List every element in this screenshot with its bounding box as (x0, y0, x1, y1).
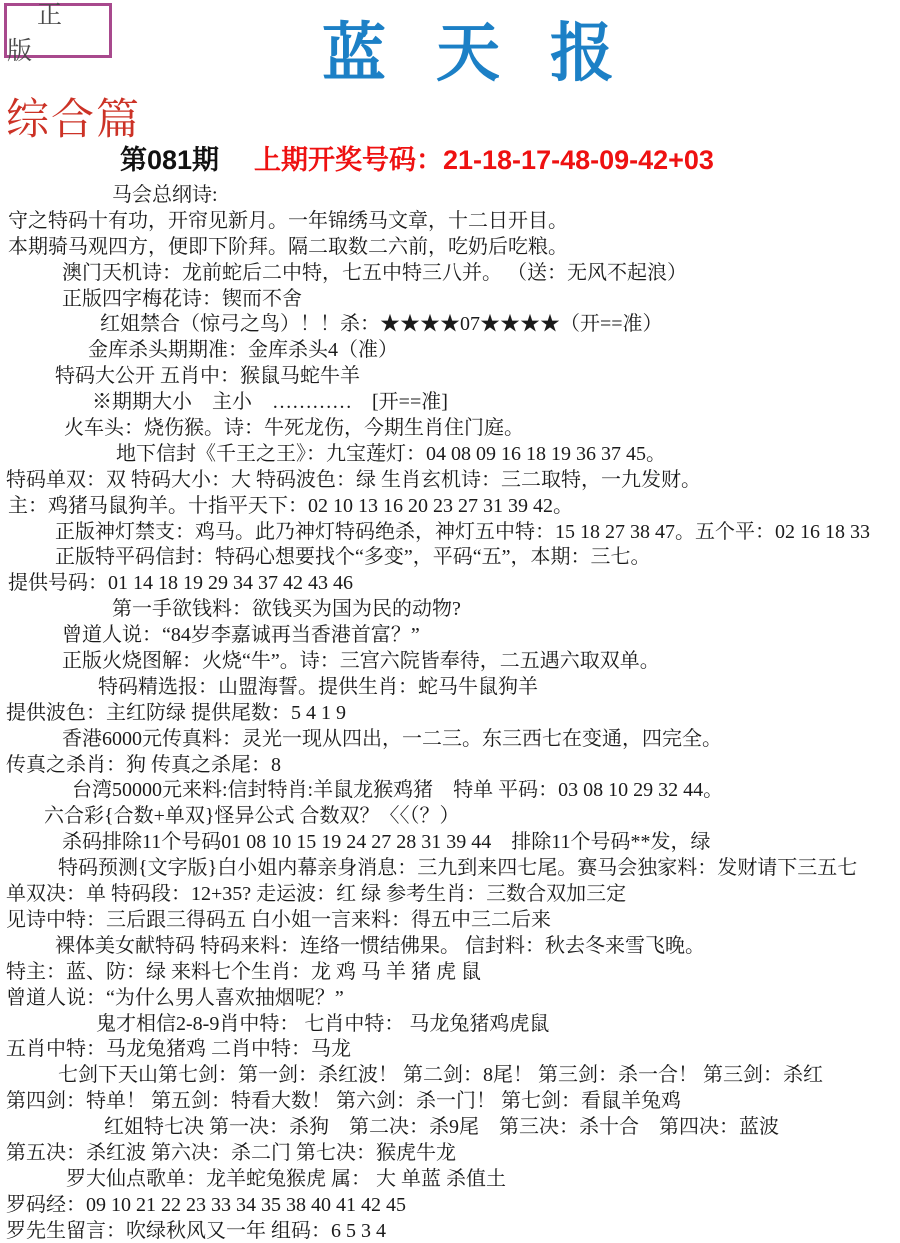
report-line: 台湾50000元来料:信封特肖:羊鼠龙猴鸡猪 特单 平码：03 08 10 29… (0, 778, 900, 804)
report-line: 正版火烧图解：火烧“牛”。诗：三宫六院皆奉待，二五遇六取双单。 (0, 649, 900, 675)
report-line: 罗先生留言：吹绿秋风又一年 组码：6 5 3 4 (0, 1219, 900, 1243)
report-line: 金库杀头期期准：金库杀头4（准） (0, 338, 900, 364)
report-line: 第四剑：特单！ 第五剑：特看大数！ 第六剑：杀一门！ 第七剑：看鼠羊兔鸡 (0, 1089, 900, 1115)
report-line: 单双决：单 特码段：12+35? 走运波：红 绿 参考生肖：三数合双加三定 (0, 882, 900, 908)
report-line: 澳门天机诗：龙前蛇后二中特，七五中特三八并。 （送：无风不起浪） (0, 261, 900, 287)
report-line: 正版神灯禁支：鸡马。此乃神灯特码绝杀，神灯五中特：15 18 27 38 47。… (0, 520, 900, 546)
report-line: 五肖中特：马龙兔猪鸡 二肖中特：马龙 (0, 1037, 900, 1063)
report-line: 鬼才相信2-8-9肖中特： 七肖中特： 马龙兔猪鸡虎鼠 (0, 1012, 900, 1038)
report-line: 提供波色：主红防绿 提供尾数：5 4 1 9 (0, 701, 900, 727)
report-line: 曾道人说：“为什么男人喜欢抽烟呢？” (0, 986, 900, 1012)
report-line: ※期期大小 主小 ………… [开==准] (0, 390, 900, 416)
report-line: 马会总纲诗: (0, 183, 900, 209)
report-line: 六合彩{合数+单双}怪异公式 合数双？〈〈（？） (0, 804, 900, 830)
report-line: 火车头：烧伤猴。诗：牛死龙伤，今期生肖住门庭。 (0, 416, 900, 442)
report-line: 地下信封《千王之王》：九宝莲灯：04 08 09 16 18 19 36 37 … (0, 442, 900, 468)
report-line: 提供号码：01 14 18 19 29 34 37 42 43 46 (0, 571, 900, 597)
report-line: 七剑下天山第七剑：第一剑：杀红波！ 第二剑：8尾！ 第三剑：杀一合！ 第三剑：杀… (0, 1063, 900, 1089)
report-line: 传真之杀肖：狗 传真之杀尾：8 (0, 753, 900, 779)
report-line: 杀码排除11个号码01 08 10 15 19 24 27 28 31 39 4… (0, 830, 900, 856)
report-line: 罗大仙点歌单：龙羊蛇兔猴虎 属： 大 单蓝 杀值土 (0, 1167, 900, 1193)
report-line: 特码单双：双 特码大小：大 特码波色：绿 生肖玄机诗：三二取特，一九发财。 (0, 468, 900, 494)
report-line: 第五决：杀红波 第六决：杀二门 第七决：猴虎牛龙 (0, 1141, 900, 1167)
authenticity-badge: 正版 (4, 3, 112, 58)
report-line: 正版四字梅花诗：锲而不舍 (0, 287, 900, 313)
report-line: 特码大公开 五肖中：猴鼠马蛇牛羊 (0, 364, 900, 390)
report-line: 主：鸡猪马鼠狗羊。十指平天下：02 10 13 16 20 23 27 31 3… (0, 494, 900, 520)
badge-label: 正版 (7, 0, 109, 67)
report-line: 红姐特七决 第一决：杀狗 第二决：杀9尾 第三决：杀十合 第四决：蓝波 (0, 1115, 900, 1141)
report-line: 守之特码十有功，开帘见新月。一年锦绣马文章，十二日开目。 (0, 209, 900, 235)
report-line: 特码精选报：山盟海誓。提供生肖：蛇马牛鼠狗羊 (0, 675, 900, 701)
report-line: 罗码经：09 10 21 22 23 33 34 35 38 40 41 42 … (0, 1193, 900, 1219)
masthead-title: 蓝天报 (322, 2, 664, 94)
report-line: 曾道人说：“84岁李嘉诚再当香港首富？” (0, 623, 900, 649)
report-line: 红姐禁合（惊弓之鸟）！！杀：★★★★07★★★★（开==准） (0, 312, 900, 338)
report-line: 特码预测{文字版}白小姐内幕亲身消息：三九到来四七尾。赛马会独家料：发财请下三五… (0, 856, 900, 882)
newspaper-page: 正版 蓝天报 综合篇 第081期 上期开奖号码：21-18-17-48-09-4… (0, 0, 900, 1243)
report-line: 香港6000元传真料：灵光一现从四出，一二三。东三西七在变通，四完全。 (0, 727, 900, 753)
previous-draw-result: 上期开奖号码：21-18-17-48-09-42+03 (254, 138, 714, 177)
report-line: 见诗中特：三后跟三得码五 白小姐一言来料：得五中三二后来 (0, 908, 900, 934)
issue-number: 第081期 (120, 138, 219, 177)
report-line: 特主：蓝、防：绿 来料七个生肖：龙 鸡 马 羊 猪 虎 鼠 (0, 960, 900, 986)
report-line: 裸体美女献特码 特码来料：连络一惯结佛果。 信封料：秋去冬来雪飞晚。 (0, 934, 900, 960)
report-line: 本期骑马观四方，便即下阶拜。隔二取数二六前，吃奶后吃粮。 (0, 235, 900, 261)
report-line: 第一手欲钱料：欲钱买为国为民的动物? (0, 597, 900, 623)
report-line: 正版特平码信封：特码心想要找个“多变”，平码“五”，本期：三七。 (0, 545, 900, 571)
report-body: 马会总纲诗:守之特码十有功，开帘见新月。一年锦绣马文章，十二日开目。本期骑马观四… (0, 183, 900, 1243)
